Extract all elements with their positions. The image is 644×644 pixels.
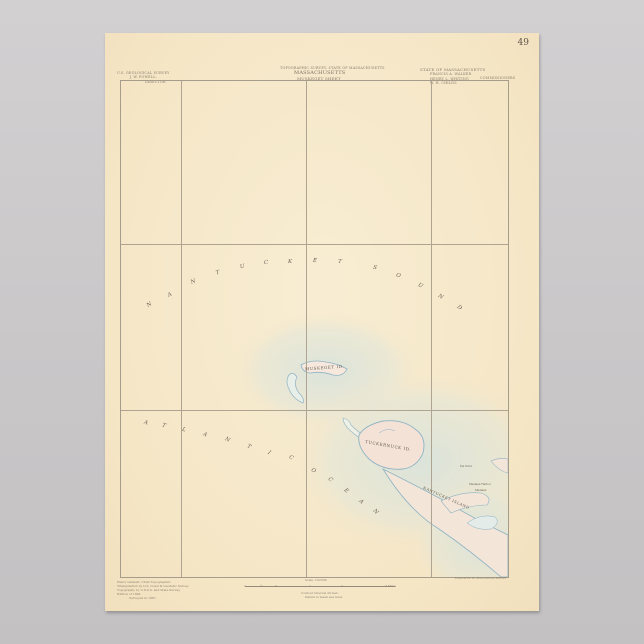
place-label-madaket: Madaket: [475, 489, 487, 492]
grid-line-horizontal: [121, 410, 508, 411]
scale-tick: 2: [341, 584, 343, 588]
label-letter: K: [288, 259, 292, 265]
datum-note: Datum is mean sea level.: [305, 595, 343, 599]
grid-line-vertical: [181, 81, 182, 577]
label-letter: T: [215, 270, 220, 277]
scale-tick: ½: [260, 584, 263, 588]
footer-credits: Henry Gannett, Chief Topographer. Triang…: [117, 580, 189, 600]
scale-title: Scale 1:62500: [305, 578, 327, 582]
grid-line-vertical: [306, 81, 307, 577]
label-letter: E: [313, 258, 317, 264]
place-label-eel-point: Eel Point: [460, 465, 472, 468]
scale-tick: 1: [244, 584, 246, 588]
scale-tick: 1: [309, 584, 311, 588]
map-graphic: [121, 81, 508, 577]
footer-credit-line: Surveyed in 1887.: [117, 596, 189, 600]
map-poster: 49 U.S. GEOLOGICAL SURVEY J. W. POWELL, …: [105, 33, 539, 611]
scale-tick: 3 Miles: [385, 584, 396, 588]
place-label-madaket-harbor: Madaket Harbor: [469, 483, 491, 486]
map-frame: N A N T U C K E T S O U N D A T L A N T …: [120, 80, 509, 578]
grid-line-vertical: [431, 81, 432, 577]
sheet-number: 49: [518, 38, 529, 48]
scale-bar: [245, 586, 395, 587]
scale-tick: 0: [275, 584, 277, 588]
engraver-credit: ENGRAVED BY GEOLOGICAL SURVEY: [455, 577, 507, 581]
label-letter: C: [264, 260, 269, 266]
label-letter: T: [338, 259, 342, 265]
grid-line-horizontal: [121, 244, 508, 245]
label-letter: U: [240, 264, 246, 271]
